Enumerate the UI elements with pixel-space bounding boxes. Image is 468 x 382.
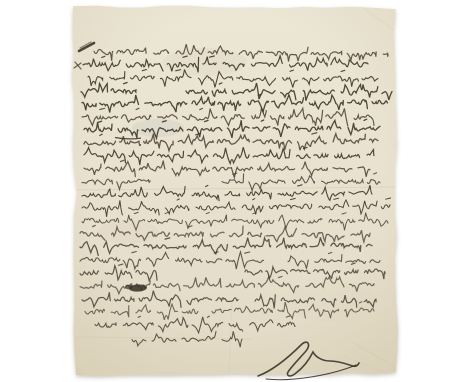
ink-blot-small xyxy=(125,285,133,290)
letter-canvas xyxy=(0,0,468,382)
paper-stain xyxy=(287,282,377,322)
letter-photograph xyxy=(0,0,468,382)
paper-stain xyxy=(132,119,184,137)
